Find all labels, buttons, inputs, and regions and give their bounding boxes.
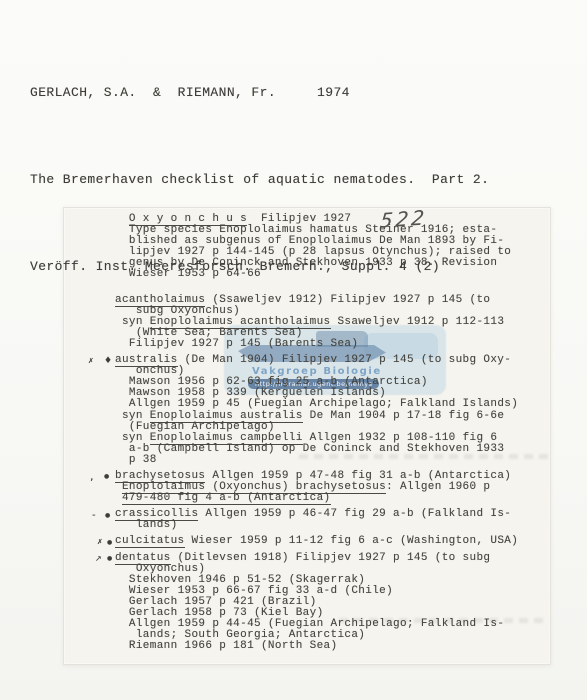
typewritten-text: Wieser 1959 p 11-12 fig 6 a-c (Washingto… — [185, 535, 519, 547]
text-line: Filipjev 1927 p 145 (Barents Sea) — [115, 339, 518, 350]
typewritten-text: De Man 1904 p 17-18 fig 6-6e — [303, 410, 505, 422]
taxon-name-underlined: 479-480 fig 4 a-b (Antarctica) — [122, 492, 331, 505]
typewritten-text: p 38 — [129, 454, 157, 466]
margin-mark-pen-x: ✗ — [97, 538, 103, 547]
typewritten-text: lands) — [136, 519, 178, 531]
citation-source-line: Veröff. Inst. Meeresforsch. Bremerh., Su… — [30, 252, 489, 281]
text-line: p 38 — [115, 455, 518, 466]
text-line: a-b (Campbell Island) op De Coninck and … — [115, 444, 518, 455]
typewritten-text: (Fuegian Archipelago) — [129, 421, 275, 433]
typewritten-text: Riemann 1966 p 181 (North Sea) — [129, 640, 338, 652]
citation-header: GERLACH, S.A. & RIEMANN, Fr. 1974 The Br… — [30, 20, 489, 339]
margin-mark-pen-comma: , — [90, 472, 94, 481]
citation-title-line: The Bremerhaven checklist of aquatic nem… — [30, 165, 489, 194]
taxon-name-underlined: culcitatus — [115, 535, 185, 548]
margin-mark-pen-x: ✗ — [88, 357, 94, 366]
margin-mark-pen-diamond: ♦ — [104, 357, 112, 366]
typewritten-text: (De Man 1904) Filipjev 1927 p 145 (to su… — [178, 354, 512, 366]
typewritten-text: Allgen 1959 p 46-47 fig 29 a-b (Falkland… — [198, 508, 511, 520]
text-line: ✗●culcitatus Wieser 1959 p 11-12 fig 6 a… — [115, 536, 518, 547]
margin-mark-pen-dot: ● — [105, 511, 111, 520]
typewritten-text: (Ditlevsen 1918) Filipjev 1927 p 145 (to… — [171, 552, 491, 564]
margin-mark-pen-dot: ● — [107, 554, 113, 563]
typewritten-text: Filipjev 1927 p 145 (Barents Sea) — [129, 338, 358, 350]
typewritten-text: : Allgen 1960 p — [386, 481, 490, 493]
margin-mark-pen-dot: ● — [107, 538, 113, 547]
citation-author-line: GERLACH, S.A. & RIEMANN, Fr. 1974 — [30, 78, 489, 107]
text-line: 479-480 fig 4 a-b (Antarctica) — [115, 493, 518, 504]
document-canvas: GERLACH, S.A. & RIEMANN, Fr. 1974 The Br… — [0, 0, 587, 700]
text-line: Riemann 1966 p 181 (North Sea) — [115, 641, 518, 652]
typewritten-text: a-b (Campbell Island) op De Coninck and … — [129, 443, 504, 455]
margin-mark-pen-dash: - — [92, 511, 96, 520]
text-line: lands) — [115, 520, 518, 531]
margin-mark-pen-dot: ● — [104, 472, 110, 481]
margin-mark-pen-arrow: ↗ — [95, 554, 102, 563]
